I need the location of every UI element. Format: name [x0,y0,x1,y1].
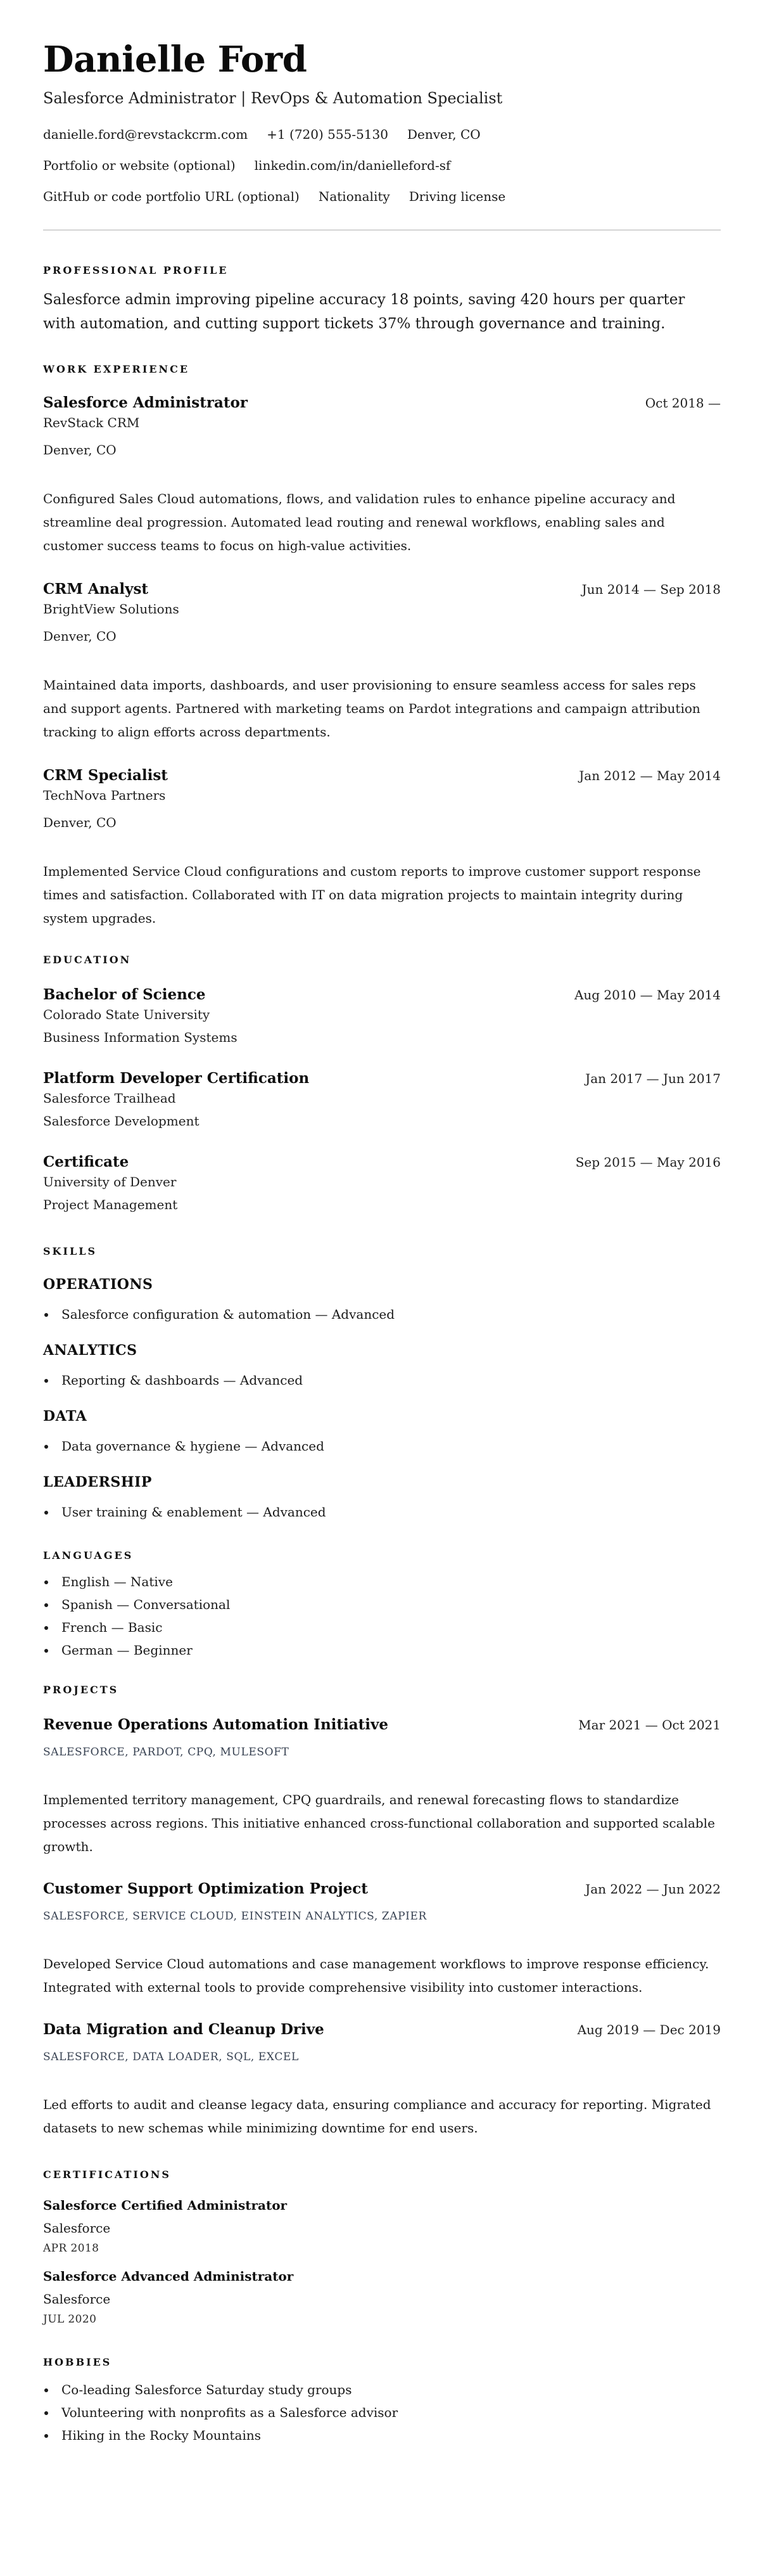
section-title: LANGUAGES [43,1549,721,1563]
section-title: CERTIFICATIONS [43,2168,721,2182]
certification-issuer: Salesforce [43,2290,721,2309]
projects-section: PROJECTS Revenue Operations Automation I… [43,1683,721,2140]
education-dates: Aug 2010 — May 2014 [574,985,721,1004]
section-title: EDUCATION [43,953,721,967]
skills-section: SKILLS OPERATIONS Salesforce configurati… [43,1245,721,1523]
profile-section: PROFESSIONAL PROFILE Salesforce admin im… [43,264,721,336]
education-dates: Jan 2017 — Jun 2017 [585,1069,721,1088]
project-entry: Revenue Operations Automation Initiative… [43,1715,721,1859]
section-title: PROJECTS [43,1683,721,1697]
project-entry: Customer Support Optimization Project Ja… [43,1879,721,1999]
certification-entry: Salesforce Advanced Administrator Salesf… [43,2267,721,2328]
education-institution: Colorado State University [43,1005,721,1024]
resume-header: Danielle Ford Salesforce Administrator |… [43,37,721,205]
project-name: Data Migration and Cleanup Drive [43,2020,324,2040]
project-dates: Aug 2019 — Dec 2019 [578,2020,721,2039]
certification-name: Salesforce Advanced Administrator [43,2267,721,2286]
language-item: French — Basic [43,1616,721,1639]
job-location: Denver, CO [43,627,721,646]
skill-group: OPERATIONS Salesforce configuration & au… [43,1275,721,1326]
job-description: Configured Sales Cloud automations, flow… [43,487,721,558]
resume-page: Danielle Ford Salesforce Administrator |… [0,0,760,2472]
skill-group: DATA Data governance & hygiene — Advance… [43,1407,721,1458]
contact-github[interactable]: GitHub or code portfolio URL (optional) [43,188,300,205]
certification-issuer: Salesforce [43,2219,721,2238]
project-tech-stack: SALESFORCE, DATA LOADER, SQL, EXCEL [43,2049,721,2065]
job-entry: CRM Specialist Jan 2012 — May 2014 TechN… [43,766,721,930]
header-divider [43,229,721,231]
degree-title: Platform Developer Certification [43,1068,309,1089]
language-item: German — Beginner [43,1639,721,1662]
contact-email[interactable]: danielle.ford@revstackcrm.com [43,125,248,143]
candidate-name: Danielle Ford [43,37,721,82]
skill-item: Reporting & dashboards — Advanced [43,1369,721,1392]
job-company: RevStack CRM [43,413,721,432]
skill-category: ANALYTICS [43,1341,721,1360]
contact-location: Denver, CO [407,125,481,143]
education-entry: Certificate Sep 2015 — May 2016 Universi… [43,1152,721,1214]
education-dates: Sep 2015 — May 2016 [576,1153,721,1172]
contact-phone[interactable]: +1 (720) 555-5130 [267,125,388,143]
project-dates: Mar 2021 — Oct 2021 [578,1715,721,1734]
section-title: HOBBIES [43,2355,721,2369]
education-field: Project Management [43,1195,721,1214]
skill-item: User training & enablement — Advanced [43,1501,721,1523]
job-title: CRM Analyst [43,579,148,599]
skill-item: Data governance & hygiene — Advanced [43,1435,721,1458]
job-description: Implemented Service Cloud configurations… [43,860,721,930]
education-section: EDUCATION Bachelor of Science Aug 2010 —… [43,953,721,1214]
education-institution: University of Denver [43,1172,721,1191]
education-institution: Salesforce Trailhead [43,1089,721,1108]
degree-title: Bachelor of Science [43,985,206,1005]
project-tech-stack: SALESFORCE, PARDOT, CPQ, MULESOFT [43,1744,721,1760]
skill-group: ANALYTICS Reporting & dashboards — Advan… [43,1341,721,1392]
job-entry: Salesforce Administrator Oct 2018 — RevS… [43,393,721,558]
skill-item: Salesforce configuration & automation — … [43,1303,721,1326]
education-field: Salesforce Development [43,1112,721,1131]
project-tech-stack: SALESFORCE, SERVICE CLOUD, EINSTEIN ANAL… [43,1908,721,1925]
project-name: Revenue Operations Automation Initiative [43,1715,388,1735]
job-dates: Jun 2014 — Sep 2018 [582,580,721,599]
project-description: Developed Service Cloud automations and … [43,1952,721,1999]
language-item: English — Native [43,1570,721,1593]
job-company: BrightView Solutions [43,599,721,618]
section-title: PROFESSIONAL PROFILE [43,264,721,278]
candidate-headline: Salesforce Administrator | RevOps & Auto… [43,87,721,109]
certification-date: JUL 2020 [43,2311,721,2328]
work-experience-section: WORK EXPERIENCE Salesforce Administrator… [43,362,721,930]
degree-title: Certificate [43,1152,129,1172]
certification-date: APR 2018 [43,2240,721,2257]
project-entry: Data Migration and Cleanup Drive Aug 201… [43,2020,721,2140]
skill-group: LEADERSHIP User training & enablement — … [43,1473,721,1523]
education-field: Business Information Systems [43,1028,721,1047]
project-description: Implemented territory management, CPQ gu… [43,1788,721,1859]
education-entry: Bachelor of Science Aug 2010 — May 2014 … [43,985,721,1047]
section-title: WORK EXPERIENCE [43,362,721,376]
hobby-item: Co-leading Salesforce Saturday study gro… [43,2378,721,2401]
profile-summary: Salesforce admin improving pipeline accu… [43,288,721,336]
skill-category: LEADERSHIP [43,1473,721,1492]
project-description: Led efforts to audit and cleanse legacy … [43,2093,721,2140]
contact-row: GitHub or code portfolio URL (optional) … [43,188,721,205]
job-location: Denver, CO [43,440,721,459]
job-title: Salesforce Administrator [43,393,248,413]
skill-category: DATA [43,1407,721,1426]
hobby-item: Volunteering with nonprofits as a Salesf… [43,2401,721,2424]
project-dates: Jan 2022 — Jun 2022 [585,1880,721,1899]
contact-nationality: Nationality [319,188,390,205]
certification-entry: Salesforce Certified Administrator Sales… [43,2196,721,2257]
language-item: Spanish — Conversational [43,1593,721,1616]
contact-row: Portfolio or website (optional) linkedin… [43,157,721,174]
job-dates: Oct 2018 — [645,394,721,413]
job-company: TechNova Partners [43,786,721,805]
hobbies-section: HOBBIES Co-leading Salesforce Saturday s… [43,2355,721,2447]
education-entry: Platform Developer Certification Jan 201… [43,1068,721,1131]
hobby-item: Hiking in the Rocky Mountains [43,2424,721,2447]
job-entry: CRM Analyst Jun 2014 — Sep 2018 BrightVi… [43,579,721,744]
certification-name: Salesforce Certified Administrator [43,2196,721,2215]
contact-driving-license: Driving license [409,188,506,205]
section-title: SKILLS [43,1245,721,1259]
certifications-section: CERTIFICATIONS Salesforce Certified Admi… [43,2168,721,2328]
contact-linkedin[interactable]: linkedin.com/in/danielleford-sf [255,157,451,174]
job-dates: Jan 2012 — May 2014 [579,766,721,785]
contact-portfolio[interactable]: Portfolio or website (optional) [43,157,236,174]
skill-category: OPERATIONS [43,1275,721,1294]
languages-section: LANGUAGES English — Native Spanish — Con… [43,1549,721,1662]
job-title: CRM Specialist [43,766,168,786]
contact-row: danielle.ford@revstackcrm.com +1 (720) 5… [43,125,721,143]
project-name: Customer Support Optimization Project [43,1879,368,1899]
job-location: Denver, CO [43,813,721,832]
job-description: Maintained data imports, dashboards, and… [43,674,721,744]
